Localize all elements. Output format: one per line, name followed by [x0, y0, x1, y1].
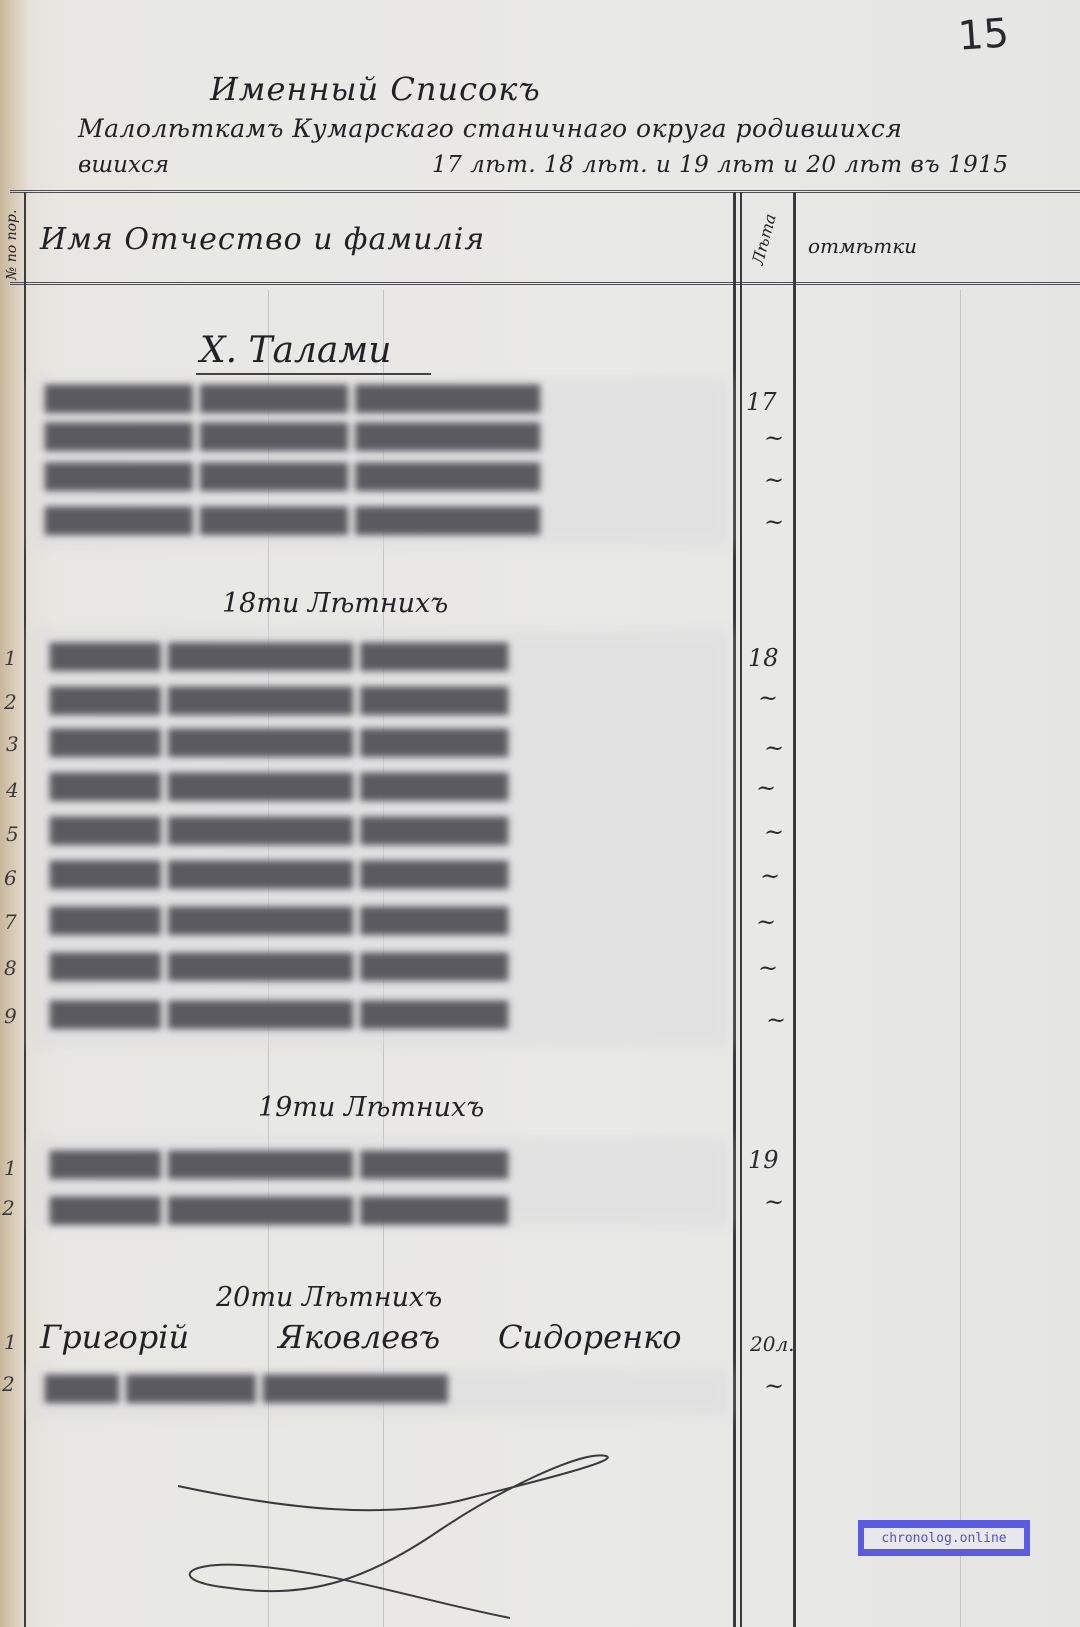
table-row: ████ ███████ ██████████ — [45, 1372, 448, 1406]
row-number: 6 — [4, 866, 17, 890]
age-cell: 17 — [746, 388, 777, 416]
age-cell: ~ — [764, 818, 784, 846]
table-row: ██████ ██████████ ████████ — [50, 858, 508, 892]
table-row: ██████ ██████████ ████████ — [50, 950, 508, 984]
age-cell: 18 — [748, 644, 779, 672]
table-top-border — [10, 190, 1080, 196]
row-number: 4 — [6, 778, 19, 802]
age-cell: ~ — [756, 908, 776, 936]
redacted-name: ████ ███████ ██████████ — [45, 1375, 448, 1403]
age-cell: ~ — [756, 774, 776, 802]
row-number: 1 — [4, 646, 17, 670]
section-heading-19: 19ти Лѣтнихъ — [258, 1092, 484, 1123]
age-column-right-divider — [793, 192, 796, 1627]
table-row: ████████ ████████ ██████████ — [45, 504, 540, 538]
age-column-left-divider — [733, 192, 736, 1627]
table-row: ████████ ████████ ██████████ — [45, 420, 540, 454]
age-column-left-divider-inner — [740, 192, 742, 1627]
document-page: 15 Именный Списокъ Малолѣткамъ Кумарскаг… — [0, 0, 1080, 1627]
redacted-name: ██████ ██████████ ████████ — [50, 729, 508, 757]
age-cell: ~ — [764, 424, 784, 452]
patronymic: Яковлевъ — [278, 1318, 498, 1356]
redacted-name: ██████ ██████████ ████████ — [50, 773, 508, 801]
section-heading-20: 20ти Лѣтнихъ — [216, 1282, 442, 1313]
table-row: ████████ ████████ ██████████ — [45, 382, 540, 416]
redacted-name: ██████ ██████████ ████████ — [50, 1001, 508, 1029]
table-row: ██████ ██████████ ████████ — [50, 1148, 508, 1182]
table-row: ██████ ██████████ ████████ — [50, 640, 508, 674]
row-number: 7 — [4, 910, 17, 934]
table-row: Григорій Яковлевъ Сидоренко — [40, 1318, 682, 1356]
table-row: ████████ ████████ ██████████ — [45, 460, 540, 494]
age-cell: ~ — [758, 684, 778, 712]
row-number: 2 — [4, 690, 17, 714]
column-header-age: Лѣта — [748, 185, 787, 267]
age-cell: ~ — [760, 862, 780, 890]
age-cell: 19 — [748, 1146, 779, 1174]
document-subtitle-line2-years: 17 лѣт. 18 лѣт. и 19 лѣт и 20 лѣт въ 191… — [432, 152, 1008, 178]
row-number: 1 — [4, 1156, 17, 1180]
age-cell: ~ — [764, 508, 784, 536]
redacted-name: ██████ ██████████ ████████ — [50, 643, 508, 671]
age-cell: ~ — [766, 1006, 786, 1034]
redacted-name: ████████ ████████ ██████████ — [45, 423, 540, 451]
table-row: ██████ ██████████ ████████ — [50, 814, 508, 848]
section-heading-text: Х. Талами — [196, 330, 431, 375]
watermark-badge: chronolog.online — [858, 1520, 1030, 1556]
age-cell: ~ — [764, 1372, 784, 1400]
first-name: Григорій — [40, 1318, 278, 1356]
signature-flourish-icon — [170, 1450, 630, 1620]
age-cell: ~ — [764, 1188, 784, 1216]
age-cell: ~ — [764, 734, 784, 762]
redacted-name: ██████ ██████████ ████████ — [50, 953, 508, 981]
document-subtitle-line1: Малолѣткамъ Кумарскаго станичнаго округа… — [78, 114, 902, 143]
row-number: 3 — [6, 732, 19, 756]
row-number: 5 — [6, 822, 19, 846]
age-cell: 20л. — [750, 1332, 795, 1356]
row-number: 9 — [4, 1004, 17, 1028]
document-subtitle-line2-start: вшихся — [78, 152, 169, 178]
table-row: ██████ ██████████ ████████ — [50, 904, 508, 938]
table-row: ██████ ██████████ ████████ — [50, 1194, 508, 1228]
section-heading-talami: Х. Талами — [196, 330, 431, 371]
table-row: ██████ ██████████ ████████ — [50, 770, 508, 804]
redacted-name: ██████ ██████████ ████████ — [50, 817, 508, 845]
redacted-name: ██████ ██████████ ████████ — [50, 687, 508, 715]
row-number: 8 — [4, 956, 17, 980]
row-number: 2 — [2, 1372, 15, 1396]
table-header-bottom-border — [10, 282, 1080, 288]
row-number: 1 — [4, 1330, 17, 1354]
redacted-name: ████████ ████████ ██████████ — [45, 385, 540, 413]
age-cell: ~ — [758, 954, 778, 982]
table-row: ██████ ██████████ ████████ — [50, 684, 508, 718]
redacted-name: ██████ ██████████ ████████ — [50, 1197, 508, 1225]
row-number: 2 — [2, 1196, 15, 1220]
column-header-notes: отмѣтки — [808, 234, 917, 258]
faint-ruling — [960, 290, 961, 1627]
watermark-text: chronolog.online — [864, 1528, 1024, 1549]
document-title: Именный Списокъ — [210, 70, 541, 108]
redacted-name: ██████ ██████████ ████████ — [50, 861, 508, 889]
age-cell: ~ — [764, 466, 784, 494]
page-number: 15 — [956, 10, 1010, 59]
number-column-divider — [24, 192, 26, 1627]
redacted-name: ████████ ████████ ██████████ — [45, 463, 540, 491]
surname: Сидоренко — [498, 1318, 682, 1356]
column-header-number: № по пор. — [4, 210, 20, 280]
column-header-name: Имя Отчество и фамилія — [40, 222, 485, 257]
table-row: ██████ ██████████ ████████ — [50, 726, 508, 760]
redacted-name: ████████ ████████ ██████████ — [45, 507, 540, 535]
redacted-name: ██████ ██████████ ████████ — [50, 1151, 508, 1179]
section-heading-18: 18ти Лѣтнихъ — [222, 588, 448, 619]
table-row: ██████ ██████████ ████████ — [50, 998, 508, 1032]
redacted-name: ██████ ██████████ ████████ — [50, 907, 508, 935]
